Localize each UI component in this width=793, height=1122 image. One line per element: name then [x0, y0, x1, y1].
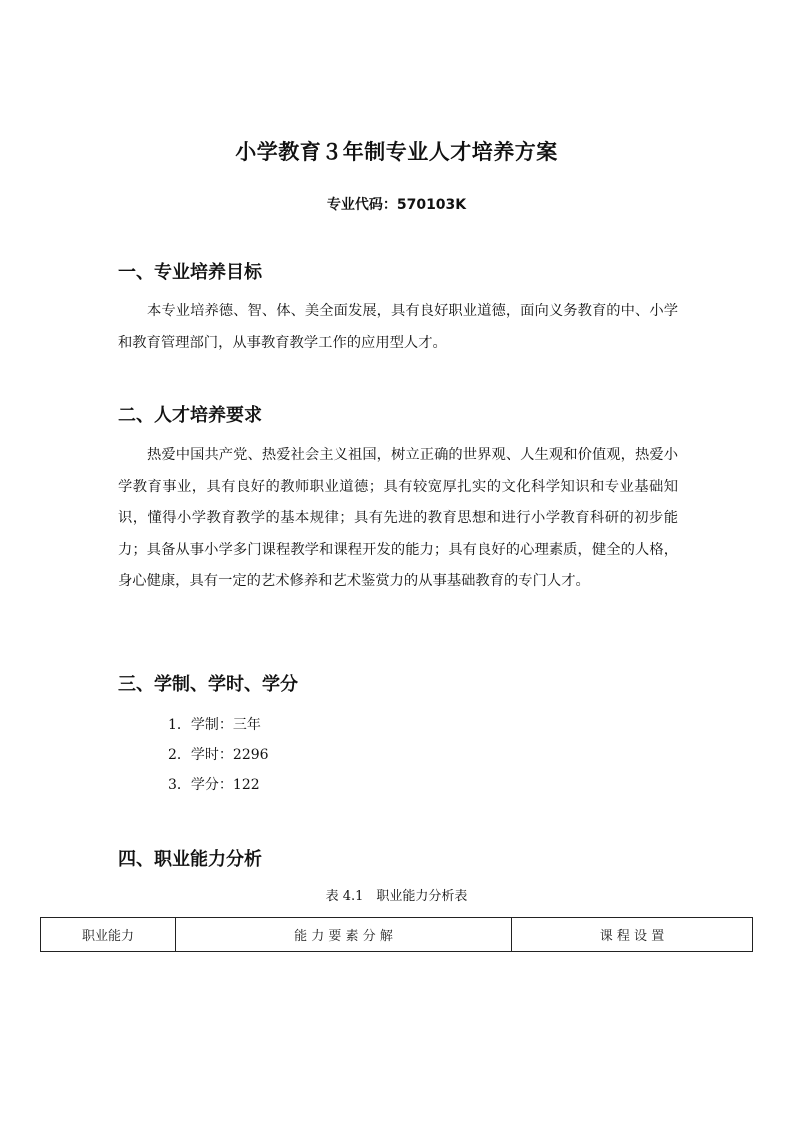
list-item-duration: 1．学制：三年: [168, 710, 269, 740]
table-caption: 表 4.1 职业能力分析表: [0, 885, 793, 904]
requirements-text: 热爱中国共产党、热爱社会主义祖国，树立正确的世界观、人生观和价值观，热爱小学教育…: [118, 447, 678, 589]
section-paragraph-requirements: 热爱中国共产党、热爱社会主义祖国，树立正确的世界观、人生观和价值观，热爱小学教育…: [118, 440, 678, 598]
section-heading-duration: 三、学制、学时、学分: [118, 670, 298, 696]
header-ability: 职业能力: [41, 918, 176, 952]
section-heading-requirements: 二、人才培养要求: [118, 401, 262, 427]
goals-text: 本专业培养德、智、体、美全面发展，具有良好职业道德，面向义务教育的中、小学和教育…: [118, 303, 678, 351]
document-title: 小学教育３年制专业人才培养方案: [0, 136, 793, 166]
section-heading-ability: 四、职业能力分析: [118, 845, 262, 871]
section-heading-goals: 一、专业培养目标: [118, 258, 262, 284]
header-elements: 能 力 要 素 分 解: [176, 918, 512, 952]
list-item-hours: 2．学时：2296: [168, 740, 269, 770]
major-code: 专业代码：570103K: [0, 194, 793, 214]
header-courses: 课 程 设 置: [512, 918, 753, 952]
table-header-row: 职业能力 能 力 要 素 分 解 课 程 设 置: [41, 918, 753, 952]
section-paragraph-goals: 本专业培养德、智、体、美全面发展，具有良好职业道德，面向义务教育的中、小学和教育…: [118, 296, 678, 359]
duration-list: 1．学制：三年 2．学时：2296 3．学分：122: [168, 710, 269, 800]
list-item-credits: 3．学分：122: [168, 770, 269, 800]
ability-analysis-table: 职业能力 能 力 要 素 分 解 课 程 设 置: [40, 917, 753, 952]
